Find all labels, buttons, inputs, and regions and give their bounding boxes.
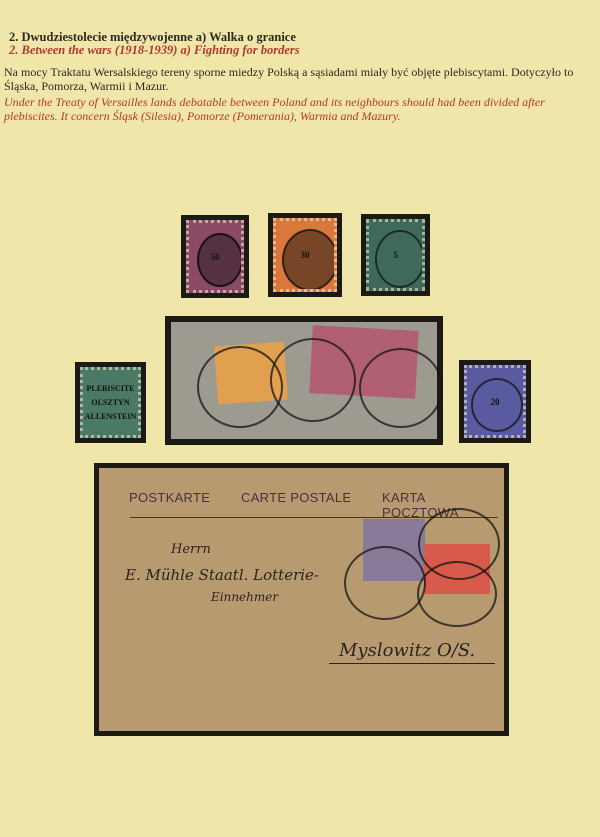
stamp-blue: 20 <box>459 360 531 443</box>
cover-fragment <box>165 316 443 445</box>
postcard: POSTKARTE CARTE POSTALE KARTA POCZTOWA H… <box>94 463 509 736</box>
stamp-50-purple: 50 <box>181 215 249 298</box>
postmark <box>344 546 426 620</box>
stamp-plebiscite-olsztyn: PLEBISCITE OLSZTYN ALLENSTEIN <box>75 362 146 443</box>
stamp-orange: 30 <box>268 213 342 297</box>
description-english: Under the Treaty of Versailles lands deb… <box>4 95 596 123</box>
heading-english: 2. Between the wars (1918-1939) a) Fight… <box>9 43 300 58</box>
address-city: Myslowitz O/S. <box>329 640 495 664</box>
postcard-header-french: CARTE POSTALE <box>241 490 351 505</box>
postmark <box>270 338 356 422</box>
stamp-green: 5 <box>361 214 430 296</box>
postcard-header-german: POSTKARTE <box>129 490 210 505</box>
address-line2: Einnehmer <box>211 590 278 604</box>
address-salutation: Herrn <box>171 542 211 557</box>
stamp-overprint: PLEBISCITE OLSZTYN ALLENSTEIN <box>83 382 138 424</box>
address-name: E. Mühle Staatl. Lotterie- <box>125 566 319 584</box>
description-polish: Na mocy Traktatu Wersalskiego tereny spo… <box>4 65 596 93</box>
postmark <box>359 348 443 428</box>
postmark <box>417 561 497 627</box>
